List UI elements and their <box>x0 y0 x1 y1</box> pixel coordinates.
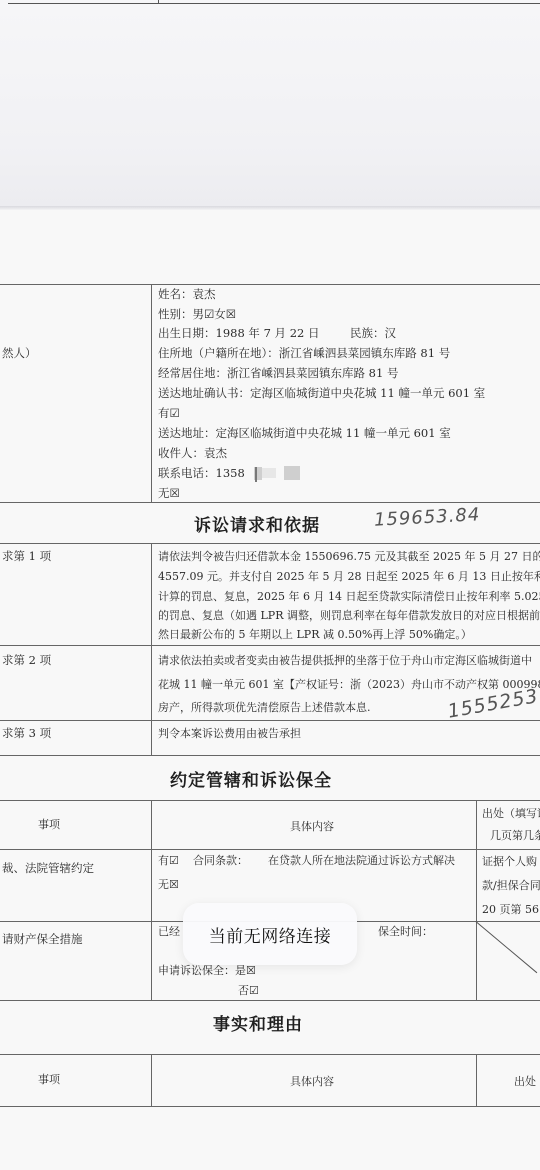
table-border <box>0 1106 540 1107</box>
defendant-registered-address: 住所地（户籍所在地）：浙江省嵊泗县菜园镇东库路 81 号 <box>158 344 450 363</box>
claim-1-line: 请依法判令被告归还借款本金 1550696.75 元及其截至 2025 年 5 … <box>158 547 540 566</box>
facts-header-source: 出处 <box>514 1072 536 1091</box>
table-border <box>0 755 540 756</box>
claim-1-line: 然日最新公布的 5 年期以上 LPR 减 0.50%再上浮 50%确定。） <box>158 625 472 644</box>
table-border <box>151 284 152 502</box>
table-border <box>0 645 540 646</box>
service-address-confirmation: 送达地址确认书：定海区临城街道中央花城 11 幢一单元 601 室 <box>158 384 485 403</box>
redaction-mark <box>262 468 276 478</box>
preservation-row-label: 请财产保全措施 <box>2 930 83 949</box>
claim-3-label: 求第 3 项 <box>2 724 51 743</box>
service-confirm-has: 有☑ <box>158 404 180 423</box>
section-title-facts: 事实和理由 <box>213 1010 303 1035</box>
contract-clause-value: 在贷款人所在地法院通过诉讼方式解决 <box>268 851 455 870</box>
facts-header-item: 事项 <box>38 1070 60 1089</box>
header-item: 事项 <box>38 815 60 834</box>
preservation-time-label: 保全时间： <box>378 922 433 941</box>
phone-number: 联系电话：1358 <box>158 464 245 483</box>
source-line: 20 页第 56 条 <box>482 900 540 919</box>
claim-2-label: 求第 2 项 <box>2 651 51 670</box>
table-border <box>476 800 477 1000</box>
defendant-name: 姓名：袁杰 <box>158 285 216 304</box>
table-border <box>0 1054 540 1055</box>
claim-3-line: 判令本案诉讼费用由被告承担 <box>158 724 301 743</box>
defendant-ethnicity: 民族：汉 <box>350 324 396 343</box>
claim-2-line: 房产，所得款项优先清偿原告上述借款本息. <box>158 698 371 717</box>
table-border <box>151 1054 152 1106</box>
table-border <box>0 502 540 503</box>
apply-preservation-no: 否☑ <box>238 981 259 1000</box>
jurisdiction-has-checkbox: 有☑ <box>158 851 179 870</box>
contract-clause-label: 合同条款： <box>193 851 248 870</box>
claim-1-line: 4557.09 元。并支付自 2025 年 5 月 28 日起至 2025 年 … <box>158 567 540 586</box>
table-border <box>158 0 159 4</box>
table-border <box>0 849 540 850</box>
section-title-claims: 诉讼请求和依据 <box>194 511 320 536</box>
redaction-mark <box>284 466 300 480</box>
table-border <box>8 3 540 4</box>
header-source: 出处（填写证 <box>482 804 540 823</box>
defendant-row-label: 然人） <box>2 344 37 363</box>
source-line: 证据个人购 <box>482 852 537 871</box>
jurisdiction-row-label: 裁、法院管辖约定 <box>2 859 94 878</box>
table-border <box>151 543 152 755</box>
table-border <box>151 800 152 1000</box>
claim-1-label: 求第 1 项 <box>2 547 51 566</box>
claim-1-line: 计算的罚息、复息，2025 年 6 月 14 日起至贷款实际清偿日止按年利率 5… <box>158 587 540 606</box>
preservation-done: 已经 <box>158 922 180 941</box>
table-border <box>0 284 540 285</box>
jurisdiction-none-checkbox: 无☒ <box>158 875 179 894</box>
source-line: 款/担保合同 <box>482 876 540 895</box>
claim-2-line: 请求依法拍卖或者变卖由被告提供抵押的坐落于位于舟山市定海区临城街道中 <box>158 651 532 670</box>
header-source-cont: 几页第几条 <box>490 826 540 845</box>
defendant-birth-date: 出生日期：1988 年 7 月 22 日 <box>158 324 320 343</box>
section-title-jurisdiction: 约定管辖和诉讼保全 <box>170 766 332 791</box>
service-address: 送达地址：定海区临城街道中央花城 11 幢一单元 601 室 <box>158 424 451 443</box>
redaction-mark <box>255 467 257 482</box>
header-content: 具体内容 <box>290 817 334 836</box>
network-error-toast: 当前无网络连接 <box>183 903 357 965</box>
table-border <box>0 800 540 801</box>
table-border <box>476 1054 477 1106</box>
previous-page-fragment <box>0 0 540 208</box>
claim-2-line: 花城 11 幢一单元 601 室【产权证号：浙（2023）舟山市不动产权第 00… <box>158 675 540 694</box>
service-confirm-none: 无☒ <box>158 484 180 503</box>
table-border <box>0 1000 540 1001</box>
facts-header-content: 具体内容 <box>290 1072 334 1091</box>
toast-message: 当前无网络连接 <box>209 922 332 947</box>
defendant-gender: 性别：男☑女☒ <box>158 305 236 324</box>
defendant-habitual-residence: 经常居住地：浙江省嵊泗县菜园镇东库路 81 号 <box>158 364 398 383</box>
table-border <box>0 543 540 544</box>
recipient: 收件人：袁杰 <box>158 444 227 463</box>
claim-1-line: 的罚息、复息（如遇 LPR 调整，则罚息利率在每年借款发放日的对应日根据前 <box>158 606 540 625</box>
